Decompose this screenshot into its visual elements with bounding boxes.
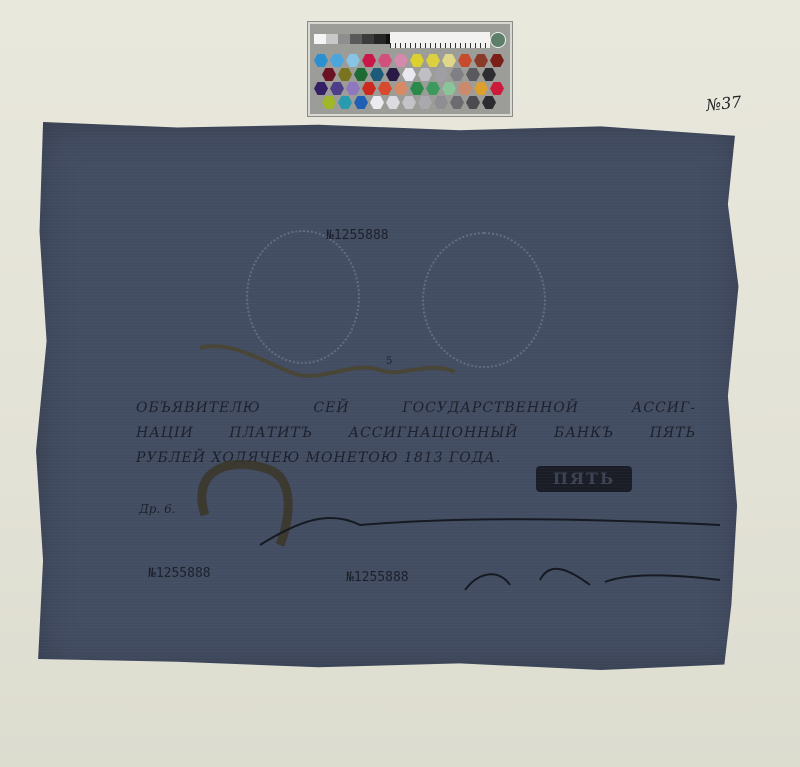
signature-top <box>200 346 455 376</box>
signature-right <box>465 569 720 590</box>
signature-middle <box>260 518 720 545</box>
signature-loop <box>202 464 288 545</box>
ink-signatures <box>0 0 800 767</box>
